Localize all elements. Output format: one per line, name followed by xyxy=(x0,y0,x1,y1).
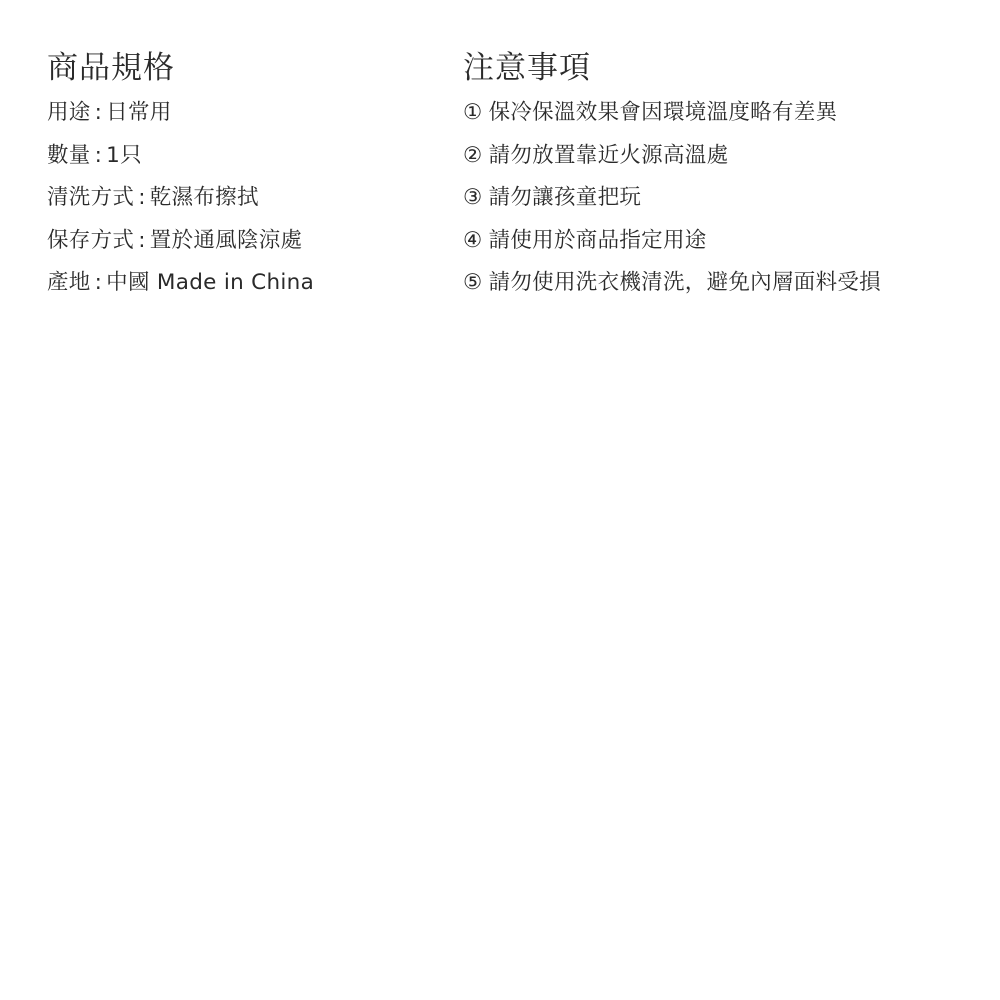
note-text: 請勿使用洗衣機清洗，避免內層面料受損 xyxy=(489,270,881,295)
spec-separator: : xyxy=(134,228,150,253)
product-specs-section: 商品規格 用途:日常用 數量:1只 清洗方式:乾濕布擦拭 保存方式:置於通風陰涼… xyxy=(47,48,314,305)
spec-label: 保存方式 xyxy=(47,228,134,253)
notes-list: ①保冷保溫效果會因環境溫度略有差異 ②請勿放置靠近火源高溫處 ③請勿讓孩童把玩 … xyxy=(463,92,881,305)
circled-number-5-icon: ⑤ xyxy=(463,270,483,295)
note-item: ①保冷保溫效果會因環境溫度略有差異 xyxy=(463,92,881,135)
circled-number-3-icon: ③ xyxy=(463,185,483,210)
note-text: 請使用於商品指定用途 xyxy=(489,228,707,253)
specs-list: 用途:日常用 數量:1只 清洗方式:乾濕布擦拭 保存方式:置於通風陰涼處 產地:… xyxy=(47,92,314,305)
circled-number-1-icon: ① xyxy=(463,100,483,125)
note-text: 請勿讓孩童把玩 xyxy=(489,185,642,210)
spec-value: 1只 xyxy=(106,143,142,168)
spec-item-storage: 保存方式:置於通風陰涼處 xyxy=(47,220,314,263)
spec-separator: : xyxy=(91,100,107,125)
spec-value: 乾濕布擦拭 xyxy=(150,185,259,210)
spec-item-usage: 用途:日常用 xyxy=(47,92,314,135)
spec-label: 清洗方式 xyxy=(47,185,134,210)
spec-value: 中國 Made in China xyxy=(106,270,314,295)
spec-separator: : xyxy=(134,185,150,210)
spec-value: 日常用 xyxy=(106,100,171,125)
spec-item-quantity: 數量:1只 xyxy=(47,135,314,178)
note-item: ③請勿讓孩童把玩 xyxy=(463,177,881,220)
notes-title: 注意事項 xyxy=(463,48,881,88)
note-item: ②請勿放置靠近火源高溫處 xyxy=(463,135,881,178)
circled-number-2-icon: ② xyxy=(463,143,483,168)
spec-label: 用途 xyxy=(47,100,91,125)
note-item: ④請使用於商品指定用途 xyxy=(463,220,881,263)
spec-item-cleaning: 清洗方式:乾濕布擦拭 xyxy=(47,177,314,220)
spec-label: 產地 xyxy=(47,270,91,295)
specs-title: 商品規格 xyxy=(47,48,314,88)
spec-separator: : xyxy=(91,270,107,295)
spec-label: 數量 xyxy=(47,143,91,168)
spec-item-origin: 產地:中國 Made in China xyxy=(47,262,314,305)
circled-number-4-icon: ④ xyxy=(463,228,483,253)
note-text: 請勿放置靠近火源高溫處 xyxy=(489,143,729,168)
note-text: 保冷保溫效果會因環境溫度略有差異 xyxy=(489,100,838,125)
notes-section: 注意事項 ①保冷保溫效果會因環境溫度略有差異 ②請勿放置靠近火源高溫處 ③請勿讓… xyxy=(463,48,881,305)
spec-separator: : xyxy=(91,143,107,168)
note-item: ⑤請勿使用洗衣機清洗，避免內層面料受損 xyxy=(463,262,881,305)
spec-value: 置於通風陰涼處 xyxy=(150,228,303,253)
